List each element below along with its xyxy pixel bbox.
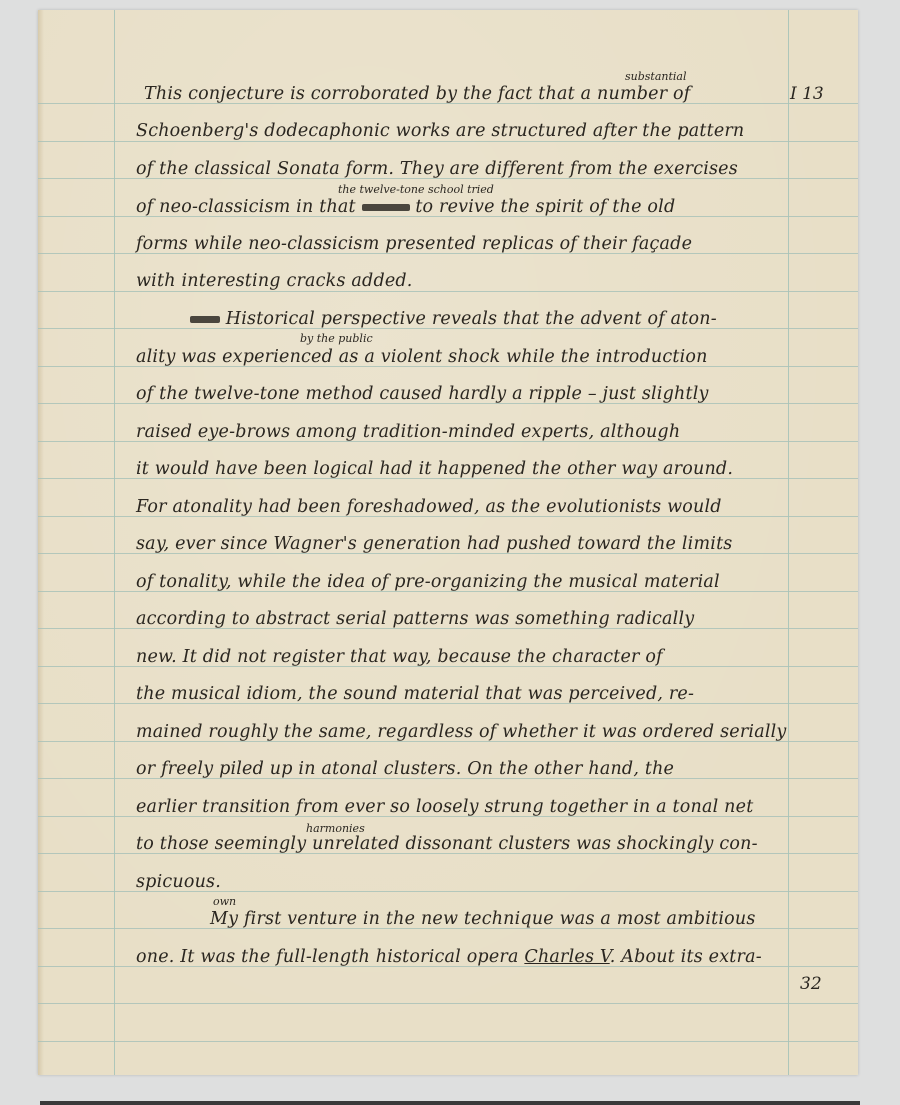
text-line-20: earlier transition from ever so loosely …	[136, 797, 753, 817]
text-line-14: of tonality, while the idea of pre-organ…	[136, 572, 720, 592]
section-mark: I 13	[790, 84, 824, 104]
scanner-edge-strip	[40, 1101, 860, 1105]
right-margin-rule	[788, 10, 789, 1075]
text-line-18: mained roughly the same, regardless of w…	[136, 722, 787, 742]
insertion-by-the-public: by the public	[300, 332, 373, 345]
text-line-21: to those seemingly unrelated dissonant c…	[136, 834, 758, 854]
text-line-22: spicuous.	[136, 872, 221, 892]
text-line-1: This conjecture is corroborated by the f…	[144, 84, 690, 104]
text-line-6: with interesting cracks added.	[136, 271, 413, 291]
page-number: 32	[800, 974, 822, 994]
text-line-23: My first venture in the new technique wa…	[210, 909, 756, 929]
text-line-19: or freely piled up in atonal clusters. O…	[136, 759, 674, 779]
text-line-12: For atonality had been foreshadowed, as …	[136, 497, 722, 517]
text-line-2: Schoenberg's dodecaphonic works are stru…	[136, 121, 744, 141]
text-line-16: new. It did not register that way, becau…	[136, 647, 663, 667]
text-line-4: of neo-classicism in that to revive the …	[136, 197, 675, 217]
text-line-15: according to abstract serial patterns wa…	[136, 609, 694, 629]
text-line-13: say, ever since Wagner's generation had …	[136, 534, 732, 554]
text-line-7: Historical perspective reveals that the …	[190, 309, 717, 329]
text-line-17: the musical idiom, the sound material th…	[136, 684, 694, 704]
text-line-4-end: to revive the spirit of the old	[415, 197, 675, 217]
ruled-line	[38, 1041, 858, 1042]
struck-out-text	[362, 204, 410, 211]
text-line-9: of the twelve-tone method caused hardly …	[136, 384, 709, 404]
text-line-3: of the classical Sonata form. They are d…	[136, 159, 738, 179]
struck-out-this	[190, 316, 220, 323]
insertion-own: own	[213, 895, 236, 908]
text-line-24: one. It was the full-length historical o…	[136, 947, 762, 967]
insertion-twelve-tone-school: the twelve-tone school tried	[338, 183, 494, 196]
text-line-11: it would have been logical had it happen…	[136, 459, 733, 479]
text-line-10: raised eye-brows among tradition-minded …	[136, 422, 680, 442]
left-margin-rule	[114, 10, 115, 1075]
text-line-8: ality was experienced as a violent shock…	[136, 347, 708, 367]
opera-title: Charles V	[524, 947, 609, 967]
insertion-substantial: substantial	[625, 70, 687, 83]
text-line-5: forms while neo-classicism presented rep…	[136, 234, 692, 254]
manuscript-page: I 13 32 This conjecture is corroborated …	[38, 10, 858, 1075]
ruled-line	[38, 1003, 858, 1004]
text-line-4-start: of neo-classicism in that	[136, 197, 356, 217]
